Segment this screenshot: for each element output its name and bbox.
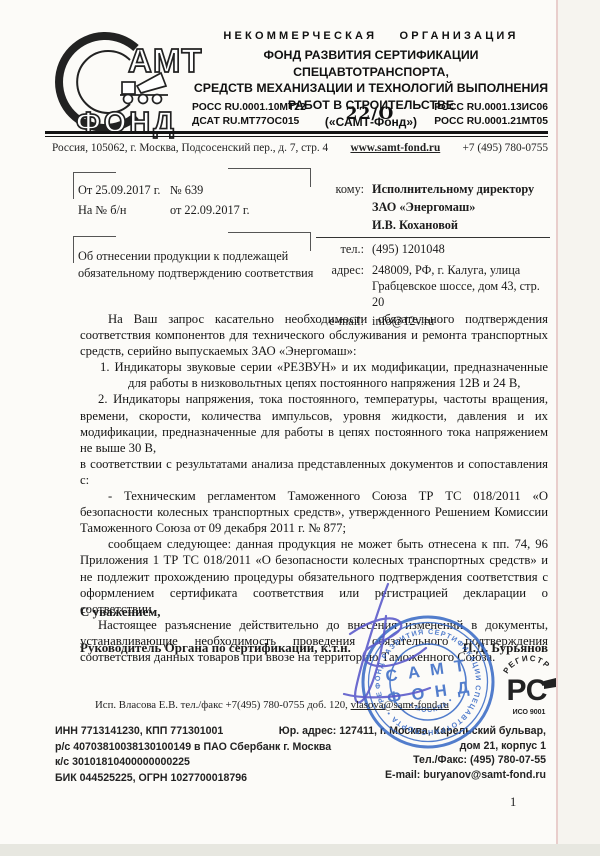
recipient-address: 248009, РФ, г. Калуга, улица Грабцевское…	[372, 262, 550, 310]
footer-address-line2: дом 21, корпус 1	[279, 739, 546, 754]
codes-left: РОСС RU.0001.10МТ22 ДСАТ RU.МТ77ОС015	[192, 101, 306, 128]
scanned-letter-page: АМТ ФОНД НЕКОММЕРЧЕСКАЯ ОРГАНИЗАЦИЯ ФОНД…	[0, 0, 600, 856]
rs-iso-text: ИСО 9001	[513, 709, 546, 716]
recipient-address-line2: Грабцевское шоссе, дом 43, стр. 20	[372, 279, 540, 309]
regards-line: С уважением,	[80, 604, 161, 620]
code-dsat: ДСАТ RU.МТ77ОС015	[192, 115, 306, 129]
body-list-item-2: 2. Индикаторы напряжения, тока постоянно…	[80, 391, 548, 455]
addr-label: адрес:	[316, 262, 372, 310]
rs-register-iso-mark: РЕГИСТР РС ИСО 9001	[497, 650, 561, 720]
incoming-date: от 22.09.2017 г.	[170, 200, 250, 220]
org-name-line1: ФОНД РАЗВИТИЯ СЕРТИФИКАЦИИ СПЕЦАВТОТРАНС…	[192, 47, 550, 80]
recipient-divider	[316, 237, 550, 238]
svg-text:РЕГИСТР: РЕГИСТР	[501, 654, 552, 676]
executor-line: Исп. Власова Е.В. тел./факс +7(495) 780-…	[95, 699, 449, 711]
subject-line1: Об отнесении продукции к подлежащей	[78, 248, 328, 265]
footer-legal-address: Юр. адрес: 127411, г. Москва, Карельский…	[279, 724, 546, 782]
body-paragraph-2: в соответствии с результатами анализа пр…	[80, 456, 548, 488]
tel-label: тел.:	[316, 240, 372, 258]
org-type-line: НЕКОММЕРЧЕСКАЯ ОРГАНИЗАЦИЯ	[192, 30, 550, 42]
subject-line2: обязательному подтверждению соответствия	[78, 265, 328, 282]
letterhead-contact-row: Россия, 105062, г. Москва, Подсосенский …	[52, 142, 548, 154]
rs-arc-text: РЕГИСТР	[501, 654, 552, 676]
code-ross-is06: РОСС RU.0001.13ИС06	[434, 101, 548, 115]
recipient-person: И.В. Кохановой	[372, 216, 550, 234]
signer-title: Руководитель Органа по сертификации, к.т…	[80, 640, 351, 656]
outgoing-number: № 639	[170, 180, 203, 200]
recipient-block: кому: Исполнительному директору ЗАО «Эне…	[316, 180, 550, 330]
recipient-address-line1: 248009, РФ, г. Калуга, улица	[372, 263, 520, 277]
outgoing-date: От 25.09.2017 г.	[78, 180, 170, 200]
to-label: кому:	[316, 180, 372, 198]
samt-fond-logo: АМТ ФОНД	[44, 24, 202, 142]
scan-edge-right	[558, 0, 600, 844]
codes-right: РОСС RU.0001.13ИС06 РОСС RU.0001.21МТ05	[434, 101, 548, 128]
body-paragraph-1: На Ваш запрос касательно необходимости о…	[80, 311, 548, 359]
page-number: 1	[510, 795, 516, 810]
org-name-line2: СРЕДСТВ МЕХАНИЗАЦИИ И ТЕХНОЛОГИЙ ВЫПОЛНЕ…	[192, 80, 550, 97]
recipient-phone: (495) 1201048	[372, 240, 550, 258]
website-link[interactable]: www.samt-fond.ru	[350, 142, 440, 154]
signature-row: Руководитель Органа по сертификации, к.т…	[80, 640, 548, 656]
body-list-item-1: 1. Индикаторы звуковые серии «РЕЗВУН» и …	[80, 359, 548, 391]
incoming-ref: На № б/н	[78, 200, 170, 220]
logo-amt-text: АМТ	[128, 42, 202, 79]
footer-address-line1: Юр. адрес: 127411, г. Москва, Карельский…	[279, 724, 546, 739]
reference-block: От 25.09.2017 г. № 639 На № б/н от 22.09…	[78, 180, 313, 220]
accreditation-codes-row: РОСС RU.0001.10МТ22 ДСАТ RU.МТ77ОС015 22…	[192, 101, 548, 128]
recipient-title: Исполнительному директору	[372, 180, 550, 198]
handwritten-mark: 22/О	[346, 108, 395, 122]
footer-telfax: Тел./Факс: (495) 780-07-55	[279, 753, 546, 768]
rs-letters: РС	[507, 674, 548, 707]
footer-email: E-mail: buryanov@samt-fond.ru	[279, 768, 546, 783]
letterhead-divider	[45, 131, 548, 141]
letter-subject: Об отнесении продукции к подлежащей обяз…	[78, 248, 328, 281]
phone-number: +7 (495) 780-0755	[463, 142, 548, 154]
code-ross-mt05: РОСС RU.0001.21МТ05	[434, 115, 548, 129]
recipient-company: ЗАО «Энергомаш»	[372, 198, 550, 216]
code-ross-mt22: РОСС RU.0001.10МТ22	[192, 101, 306, 115]
executor-email-link[interactable]: vlasova@samt-fond.ru	[351, 699, 449, 711]
executor-text: Исп. Власова Е.В. тел./факс +7(495) 780-…	[95, 699, 351, 711]
scan-edge-bottom	[0, 844, 600, 856]
body-paragraph-3: - Техническим регламентом Таможенного Со…	[80, 488, 548, 536]
postal-address: Россия, 105062, г. Москва, Подсосенский …	[52, 142, 328, 154]
